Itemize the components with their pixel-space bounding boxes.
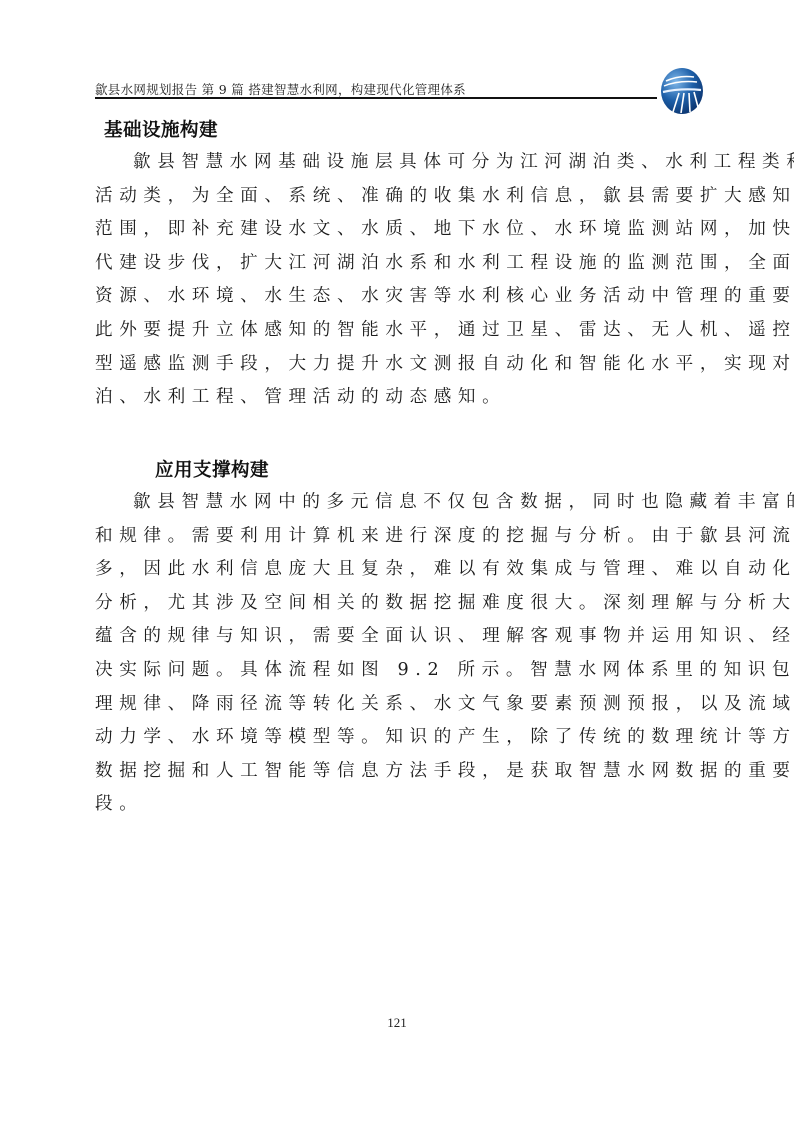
paragraph-line: 资源、水环境、水生态、水灾害等水利核心业务活动中管理的重要事件。: [95, 280, 703, 314]
paragraph-line: 蕴含的规律与知识，需要全面认识、理解客观事物并运用知识、经验来解: [95, 620, 703, 654]
section-heading-infrastructure: 基础设施构建: [104, 116, 218, 142]
water-network-logo-icon: [657, 66, 707, 116]
paragraph-infrastructure: 歙县智慧水网基础设施层具体可分为江河湖泊类、水利工程类和管理 活动类，为全面、系…: [95, 146, 703, 415]
paragraph-line: 段。: [95, 788, 703, 822]
running-header: 歙县水网规划报告 第 9 篇 搭建智慧水利网，构建现代化管理体系: [95, 78, 657, 100]
paragraph-line: 型遥感监测手段，大力提升水文测报自动化和智能化水平，实现对江河湖: [95, 348, 703, 382]
paragraph-line: 理规律、降雨径流等转化关系、水文气象要素预测预报，以及流域水文、水: [95, 688, 703, 722]
paragraph-line: 和规律。需要利用计算机来进行深度的挖掘与分析。由于歙县河流水系众: [95, 520, 703, 554]
paragraph-line: 范围，即补充建设水文、水质、地下水位、水环境监测站网，加快水文现: [95, 213, 703, 247]
paragraph-line: 代建设步伐，扩大江河湖泊水系和水利工程设施的监测范围，全面提升水: [95, 247, 703, 281]
paragraph-line: 歙县智慧水网中的多元信息不仅包含数据，同时也隐藏着丰富的知识: [95, 486, 703, 520]
paragraph-line: 歙县智慧水网基础设施层具体可分为江河湖泊类、水利工程类和管理: [95, 146, 703, 180]
paragraph-line: 多，因此水利信息庞大且复杂，难以有效集成与管理、难以自动化处理与: [95, 553, 703, 587]
paragraph-line: 决实际问题。具体流程如图 9.2 所示。智慧水网体系里的知识包括水文物: [95, 654, 703, 688]
page-number: 121: [0, 1015, 794, 1031]
paragraph-application-support: 歙县智慧水网中的多元信息不仅包含数据，同时也隐藏着丰富的知识 和规律。需要利用计…: [95, 486, 703, 822]
header-title: 歙县水网规划报告 第 9 篇 搭建智慧水利网，构建现代化管理体系: [95, 80, 466, 98]
paragraph-line: 分析，尤其涉及空间相关的数据挖掘难度很大。深刻理解与分析大数据中: [95, 587, 703, 621]
document-page: 歙县水网规划报告 第 9 篇 搭建智慧水利网，构建现代化管理体系 基础设施构建 …: [0, 0, 794, 1122]
header-rule: [95, 97, 657, 99]
paragraph-line: 动力学、水环境等模型等。知识的产生，除了传统的数理统计等方法外， 大: [95, 721, 703, 755]
paragraph-line: 数据挖掘和人工智能等信息方法手段，是获取智慧水网数据的重要方法与手: [95, 755, 703, 789]
paragraph-line: 此外要提升立体感知的智能水平，通过卫星、雷达、无人机、遥控船等新: [95, 314, 703, 348]
section-heading-application-support: 应用支撑构建: [155, 456, 269, 482]
paragraph-line: 活动类，为全面、系统、准确的收集水利信息，歙县需要扩大感知和监测: [95, 180, 703, 214]
paragraph-line: 泊、水利工程、管理活动的动态感知。: [95, 381, 703, 415]
